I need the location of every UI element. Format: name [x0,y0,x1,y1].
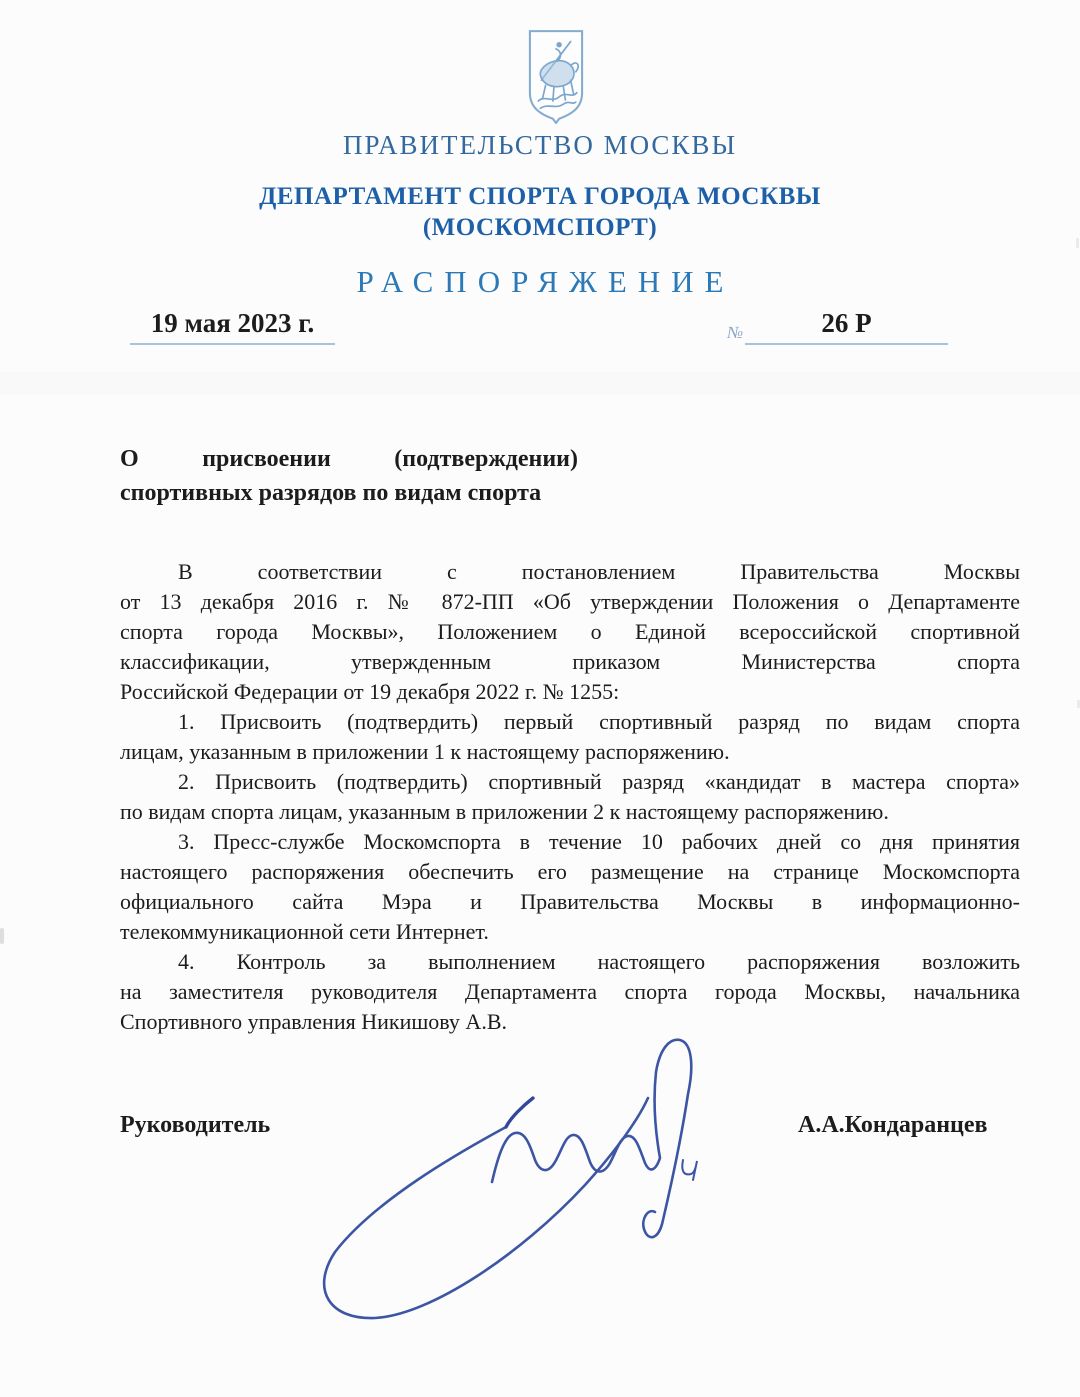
document-page: ПРАВИТЕЛЬСТВО МОСКВЫ ДЕПАРТАМЕНТ СПОРТА … [0,0,1080,1397]
body-line: 1. Присвоить (подтвердить) первый спорти… [120,707,1020,737]
date-field: 19 мая 2023 г. [130,308,335,345]
body-line: официального сайта Мэра и Правительства … [120,887,1020,917]
number-field: 26 Р [745,308,948,345]
number-sign-label: № [727,323,743,343]
handwritten-signature-icon [305,1032,705,1332]
signer-role-label: Руководитель [120,1112,270,1139]
department-name: ДЕПАРТАМЕНТ СПОРТА ГОРОДА МОСКВЫ (МОСКОМ… [0,181,1080,243]
signer-name: А.А.Кондаранцев [798,1112,987,1139]
body-text: В соответствии с постановлением Правител… [120,557,1020,1037]
body-line: спорта города Москвы», Положением о Един… [120,617,1020,647]
subject-line: О присвоении (подтверждении) [120,442,578,476]
body-line: Российской Федерации от 19 декабря 2022 … [120,677,1020,707]
scan-artifact [1076,238,1079,248]
subject-heading: О присвоении (подтверждении) спортивных … [120,442,578,510]
scan-artifact [0,928,4,944]
body-line: от 13 декабря 2016 г. № 872-ПП «Об утвер… [120,587,1020,617]
moscow-coat-of-arms-icon [526,28,586,124]
subject-line: спортивных разрядов по видам спорта [120,476,578,510]
body-line: классификации, утвержденным приказом Мин… [120,647,1020,677]
body-line: телекоммуникационной сети Интернет. [120,917,1020,947]
department-name-line2: (МОСКОМСПОРТ) [0,212,1080,243]
body-line: настоящего распоряжения обеспечить его р… [120,857,1020,887]
government-name: ПРАВИТЕЛЬСТВО МОСКВЫ [0,130,1080,161]
body-line: 4. Контроль за выполнением настоящего ра… [120,947,1020,977]
body-line: В соответствии с постановлением Правител… [120,557,1020,587]
scan-artifact [0,372,1080,394]
body-line: по видам спорта лицам, указанным в прило… [120,797,1020,827]
document-type-title: РАСПОРЯЖЕНИЕ [0,264,1080,300]
body-line: на заместителя руководителя Департамента… [120,977,1020,1007]
body-line: 3. Пресс-службе Москомспорта в течение 1… [120,827,1020,857]
body-line: 2. Присвоить (подтвердить) спортивный ра… [120,767,1020,797]
department-name-line1: ДЕПАРТАМЕНТ СПОРТА ГОРОДА МОСКВЫ [0,181,1080,212]
body-line: лицам, указанным в приложении 1 к настоя… [120,737,1020,767]
